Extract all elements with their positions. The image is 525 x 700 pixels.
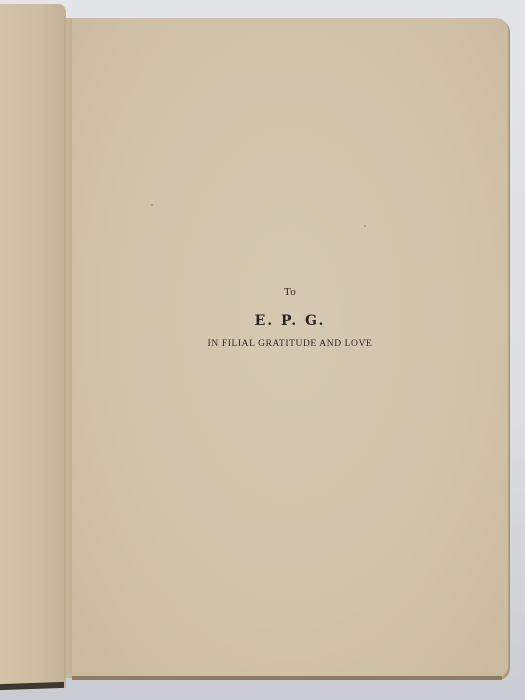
dedication-block: To E. P. G. IN FILIAL GRATITUDE AND LOVE <box>72 286 508 349</box>
dedication-to: To <box>72 286 508 298</box>
paper-speck <box>151 204 153 206</box>
left-page <box>0 4 66 688</box>
dedication-initials: E. P. G. <box>72 313 508 329</box>
dedication-text: IN FILIAL GRATITUDE AND LOVE <box>72 339 508 349</box>
page-bottom-edge <box>72 676 502 680</box>
paper-speck <box>364 225 366 227</box>
